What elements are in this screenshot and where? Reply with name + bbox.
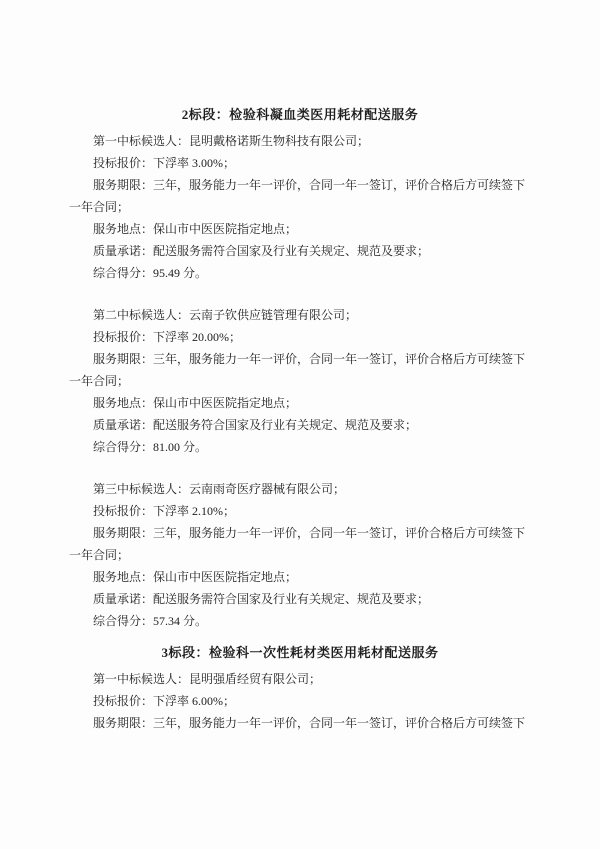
doc-paragraph: 投标报价：下浮率 20.00%； bbox=[69, 326, 531, 348]
doc-paragraph: 投标报价：下浮率 6.00%； bbox=[69, 690, 531, 712]
document-body: 2标段：检验科凝血类医用耗材配送服务第一中标候选人：昆明戴格诺斯生物科技有限公司… bbox=[69, 104, 531, 734]
doc-paragraph: 投标报价：下浮率 3.00%； bbox=[69, 152, 531, 174]
candidate-block: 第一中标候选人：昆明戴格诺斯生物科技有限公司；投标报价：下浮率 3.00%；服务… bbox=[69, 130, 531, 284]
bid-section: 3标段：检验科一次性耗材类医用耗材配送服务第一中标候选人：昆明强盾经贸有限公司；… bbox=[69, 642, 531, 734]
doc-paragraph: 服务期限：三年，服务能力一年一评价，合同一年一签订，评价合格后方可续签下 bbox=[69, 712, 531, 734]
doc-paragraph: 质量承诺：配送服务符合国家及行业有关规定、规范及要求； bbox=[69, 414, 531, 436]
section-title: 2标段：检验科凝血类医用耗材配送服务 bbox=[69, 104, 531, 126]
candidate-block: 第二中标候选人：云南子钦供应链管理有限公司；投标报价：下浮率 20.00%；服务… bbox=[69, 304, 531, 458]
doc-paragraph: 服务期限：三年，服务能力一年一评价，合同一年一签订，评价合格后方可续签下一年合同… bbox=[69, 522, 531, 566]
doc-paragraph: 综合得分：57.34 分。 bbox=[69, 610, 531, 632]
doc-paragraph: 第三中标候选人：云南雨奇医疗器械有限公司； bbox=[69, 478, 531, 500]
doc-paragraph: 服务地点：保山市中医医院指定地点； bbox=[69, 566, 531, 588]
doc-paragraph: 质量承诺：配送服务需符合国家及行业有关规定、规范及要求； bbox=[69, 588, 531, 610]
doc-paragraph: 综合得分：81.00 分。 bbox=[69, 436, 531, 458]
doc-paragraph: 质量承诺：配送服务需符合国家及行业有关规定、规范及要求； bbox=[69, 240, 531, 262]
doc-paragraph: 服务地点：保山市中医医院指定地点； bbox=[69, 218, 531, 240]
doc-paragraph: 服务期限：三年，服务能力一年一评价，合同一年一签订，评价合格后方可续签下一年合同… bbox=[69, 174, 531, 218]
section-title: 3标段：检验科一次性耗材类医用耗材配送服务 bbox=[69, 642, 531, 664]
doc-paragraph: 第一中标候选人：昆明强盾经贸有限公司； bbox=[69, 668, 531, 690]
doc-paragraph: 投标报价：下浮率 2.10%； bbox=[69, 500, 531, 522]
doc-paragraph: 综合得分：95.49 分。 bbox=[69, 262, 531, 284]
doc-paragraph: 第一中标候选人：昆明戴格诺斯生物科技有限公司； bbox=[69, 130, 531, 152]
doc-paragraph: 服务期限：三年，服务能力一年一评价，合同一年一签订，评价合格后方可续签下一年合同… bbox=[69, 348, 531, 392]
doc-paragraph: 服务地点：保山市中医医院指定地点； bbox=[69, 392, 531, 414]
document-page: 2标段：检验科凝血类医用耗材配送服务第一中标候选人：昆明戴格诺斯生物科技有限公司… bbox=[0, 0, 600, 849]
doc-paragraph: 第二中标候选人：云南子钦供应链管理有限公司； bbox=[69, 304, 531, 326]
candidate-block: 第三中标候选人：云南雨奇医疗器械有限公司；投标报价：下浮率 2.10%；服务期限… bbox=[69, 478, 531, 632]
candidate-block: 第一中标候选人：昆明强盾经贸有限公司；投标报价：下浮率 6.00%；服务期限：三… bbox=[69, 668, 531, 734]
bid-section: 2标段：检验科凝血类医用耗材配送服务第一中标候选人：昆明戴格诺斯生物科技有限公司… bbox=[69, 104, 531, 632]
